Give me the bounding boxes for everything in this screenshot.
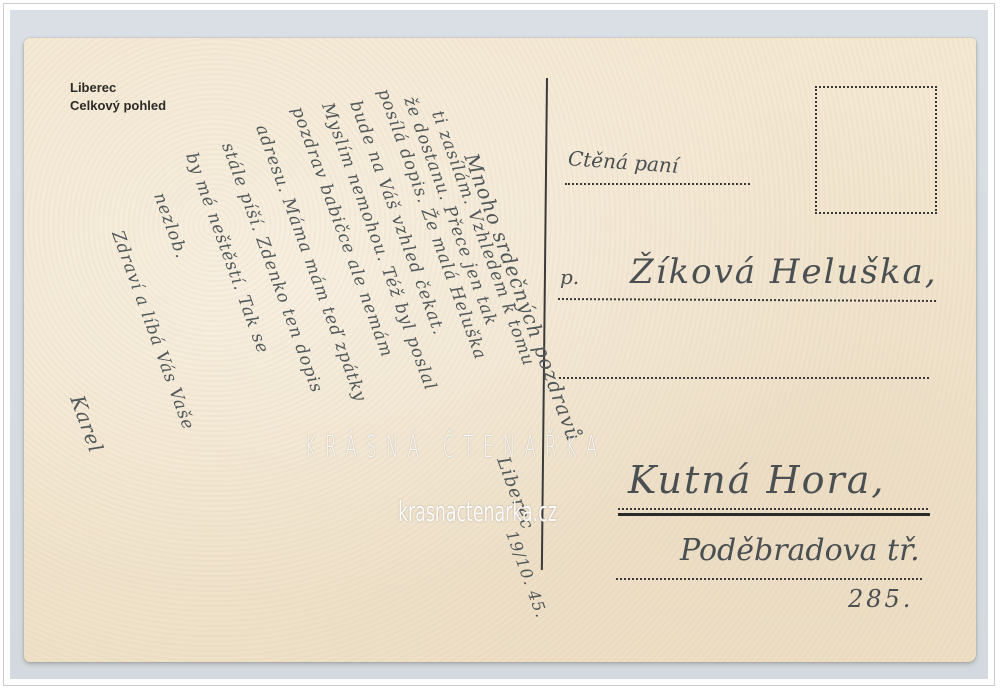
stamp-placeholder-box: [815, 86, 937, 214]
address-line-4-underline: [618, 513, 930, 516]
address-line-4: [618, 508, 928, 510]
address-city: Kutná Hora,: [628, 458, 885, 502]
watermark-title: KRÁSNÁ ČTENÁŘKA: [305, 430, 606, 465]
printed-caption: Liberec Celkový pohled: [70, 79, 166, 114]
address-line-1: [565, 183, 750, 185]
address-line-5: [616, 578, 922, 580]
address-line-3: [559, 377, 929, 379]
address-house-number: 285.: [848, 585, 913, 613]
address-street: Poděbradova tř.: [680, 533, 920, 568]
caption-city: Liberec: [70, 79, 166, 97]
caption-subtitle: Celkový pohled: [70, 97, 166, 115]
address-recipient-name: Žíková Heluška,: [630, 252, 938, 292]
address-recipient-prefix: p.: [560, 265, 579, 289]
watermark-url: krasnactenarka.cz: [398, 495, 557, 528]
